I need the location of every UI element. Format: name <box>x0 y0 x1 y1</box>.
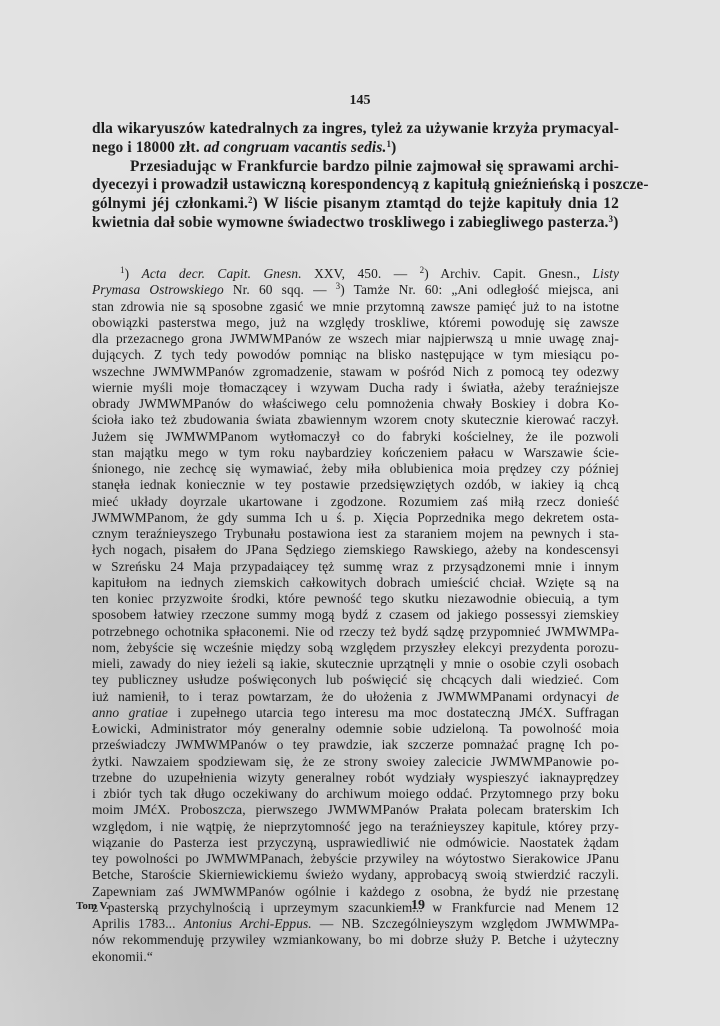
text-line: kwietnia dał sobie wymowne świadectwo tr… <box>92 214 619 233</box>
text-line: wiernie myśli moje tłomaczącey i wzywam … <box>92 380 619 396</box>
volume-label: Tom V. <box>76 900 109 912</box>
text-line: Prymasa Ostrowskiego Nr. 60 sqq. — 3) Ta… <box>92 282 619 298</box>
text-line: potrzebnego ochotnika spłaconemi. Nie od… <box>92 624 619 640</box>
text-line: w Szreńsku 24 Maja przypadaiącey tęż sum… <box>92 559 619 575</box>
text-line: cznym teraźnieyszego Trybunału postawion… <box>92 526 619 542</box>
text-line: stan zdrowia nie są sposobne zgasić we m… <box>92 299 619 315</box>
text-line: dujących. Z tych tedy powodów pomniąc na… <box>92 347 619 363</box>
scanned-page: 145 dla wikaryuszów katedralnych za ingr… <box>0 0 720 1026</box>
text-line: dla przezacnego grona JWMWMPanów ze wsze… <box>92 331 619 347</box>
text-line: sposobem łatwiey rzeczone summy mogą byd… <box>92 607 619 623</box>
text-line: nów rekommenduję przywiley wzmiankowany,… <box>92 932 619 948</box>
text-line: nego i 18000 złt. ad congruam vacantis s… <box>92 139 619 158</box>
text-line: iuż namienił, to i teraz powtarzam, że d… <box>92 689 619 705</box>
main-text: dla wikaryuszów katedralnych za ingres, … <box>92 120 619 233</box>
text-line: i zbiór tych tak długo oczekiwany do arc… <box>92 786 619 802</box>
text-line: śnionego, nie zechcę się wymawiać, żeby … <box>92 461 619 477</box>
text-line: nom, żebyście się wcześnie między sobą w… <box>92 640 619 656</box>
text-line: moim JMćX. Proboszcza, pierwszego JWMWMP… <box>92 802 619 818</box>
text-line: przeświadczy JWMWMPanów o tey prawdzie, … <box>92 737 619 753</box>
paragraph-1: dla wikaryuszów katedralnych za ingres, … <box>92 120 619 158</box>
text-line: anno gratiae i zupełnego utarcia tego in… <box>92 705 619 721</box>
text-line: obowiązki pasterstwa mego, już na względ… <box>92 315 619 331</box>
text-line: mieli, zawady do niey ieżeli są iakie, s… <box>92 656 619 672</box>
text-line: obrady JWMWMPanów do właściwego celu pom… <box>92 396 619 412</box>
text-line: ekonomii.“ <box>92 949 619 965</box>
text-line: dyecezyi i prowadził ustawiczną korespon… <box>92 176 619 195</box>
text-line: wszechne JWMWMPanów zgromadzenie, stawam… <box>92 364 619 380</box>
signature-mark: 19 <box>411 898 425 914</box>
footnotes: 1) Acta decr. Capit. Gnesn. XXV, 450. — … <box>92 266 619 965</box>
text-line: tey powolności po JWMWMPanach, żebyście … <box>92 851 619 867</box>
page-number: 145 <box>0 93 720 109</box>
text-line: stanęła iednak koniecznie w tey postawie… <box>92 477 619 493</box>
text-line: Aprilis 1783... Antonius Archi-Eppus. — … <box>92 916 619 932</box>
text-line: z pasterską przychylnością i uprzeymym s… <box>92 900 619 916</box>
text-line: 1) Acta decr. Capit. Gnesn. XXV, 450. — … <box>92 266 619 282</box>
text-line: żytki. Nawzaiem spodziewam się, że ze st… <box>92 754 619 770</box>
text-line: dla wikaryuszów katedralnych za ingres, … <box>92 120 619 139</box>
text-line: tey publiczney usłudze poświęconych lub … <box>92 672 619 688</box>
text-line: mieć układy doyrzale ukartowane i zgodzo… <box>92 494 619 510</box>
text-line: stan majątku mego w tym roku naybardziey… <box>92 445 619 461</box>
text-line: względom, i nie wątpię, że nieprzytomnoś… <box>92 819 619 835</box>
text-line: Łowicki, Administrator móy generalny ode… <box>92 721 619 737</box>
text-line: ten koniec przyzwoite środki, które pewn… <box>92 591 619 607</box>
text-line: wiązanie do Pasterza iest przyczyną, usp… <box>92 835 619 851</box>
text-line: Betche, Staroście Skierniewickiemu śwież… <box>92 867 619 883</box>
text-line: trzebne do uzupełnienia wizyty generalne… <box>92 770 619 786</box>
text-line: Jużem się JWMWMPanom wytłomaczył co do f… <box>92 429 619 445</box>
paragraph-2: Przesiadując w Frankfurcie bardzo pilnie… <box>92 158 619 233</box>
text-line: łych nogach, pisałem do JPana Sędziego z… <box>92 542 619 558</box>
text-line: gólnymi jéj członkami.2) W liście pisany… <box>92 195 619 214</box>
text-line: kapitułom na iednych ziemskich całkowity… <box>92 575 619 591</box>
text-line: ścioła iako też zbudowania świata zbawie… <box>92 412 619 428</box>
text-line: JWMWMPanom, że gdy summa Ich u ś. p. Xię… <box>92 510 619 526</box>
text-line: Zapewniam zaś JWMWMPanów ogólnie i każde… <box>92 884 619 900</box>
text-line: Przesiadując w Frankfurcie bardzo pilnie… <box>92 158 619 177</box>
